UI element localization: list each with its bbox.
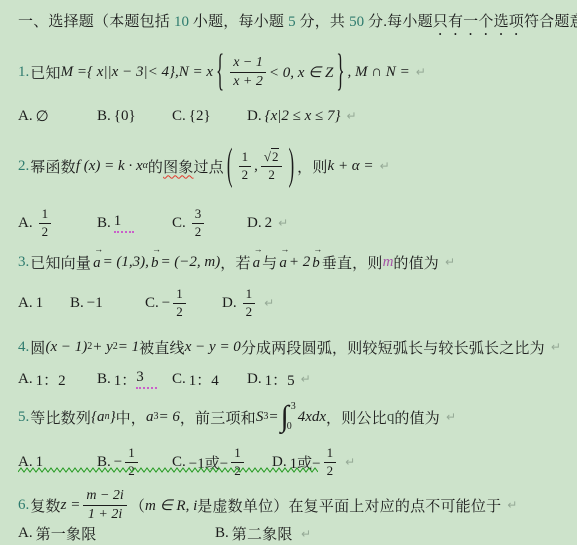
math-text: M = xyxy=(61,64,87,81)
option-a: A.12 xyxy=(18,198,54,248)
math-text: = (1,3), xyxy=(103,254,149,271)
option-value: 第一象限 xyxy=(36,523,97,544)
question-number: 1. xyxy=(18,64,29,81)
paragraph-mark: ↵ xyxy=(416,65,426,79)
question-5-stem: 5.等比数列{an}中， a3 = 6，前三项和 S3 =∫304xdx，则公比… xyxy=(18,397,575,437)
stem-text: 圆 xyxy=(30,337,45,358)
header-points-each: 5 xyxy=(288,14,296,30)
option-c: C.1：4 xyxy=(172,367,219,391)
stem-text: 已知向量 xyxy=(30,252,91,273)
option-value: 1 xyxy=(36,295,44,312)
header-text: 一、选择题（本题包括 xyxy=(18,14,174,30)
math-text: {a xyxy=(91,409,105,426)
vector-b: →b xyxy=(151,253,159,272)
stem-text: 等比数列 xyxy=(30,407,91,428)
stem-text: ，前三项和 xyxy=(180,407,256,428)
fraction: x − 1x + 2 xyxy=(230,54,266,90)
option-label: B. xyxy=(97,371,111,388)
vector-a: →a xyxy=(253,253,261,272)
vector-arrow-icon: → xyxy=(152,245,161,254)
option-label: A. xyxy=(18,108,33,125)
option-b: B.{0} xyxy=(97,104,136,128)
option-c: C.−1或−12 xyxy=(172,437,247,487)
vector-a: →a xyxy=(279,253,287,272)
question-number: 6. xyxy=(18,497,29,514)
option-a: A.∅ xyxy=(18,104,49,128)
option-d: D.12↵ xyxy=(222,280,274,326)
option-value: {x|2 ≤ x ≤ 7} xyxy=(265,108,341,125)
fraction: m − 2i1 + 2i xyxy=(83,487,126,523)
right-paren: ) xyxy=(288,139,294,191)
option-d: D.1：5↵ xyxy=(247,367,311,391)
paragraph-mark: ↵ xyxy=(551,340,561,354)
integral-upper-limit: 3 xyxy=(291,402,296,412)
header-emphasized-text: 只有一个选项 xyxy=(433,14,524,30)
option-c: C.−12 xyxy=(145,280,189,326)
math-text: (x − 1) xyxy=(45,339,87,356)
stem-text: （ xyxy=(130,495,145,516)
header-text: 分，共 xyxy=(296,14,350,30)
option-d: D.{x|2 ≤ x ≤ 7}↵ xyxy=(247,104,357,128)
stem-text: 垂直，则 xyxy=(322,252,383,273)
option-label: B. xyxy=(70,295,84,312)
math-text: S xyxy=(256,409,264,426)
option-label: A. xyxy=(18,525,33,542)
stem-text: ，则 xyxy=(297,156,327,177)
variable-q: q xyxy=(387,409,395,426)
fraction: 12 xyxy=(239,149,252,183)
option-label: C. xyxy=(172,108,186,125)
stem-text: 被直线 xyxy=(139,337,185,358)
stem-text: 的 xyxy=(148,156,163,177)
stem-text: 中， xyxy=(116,407,146,428)
fraction: 12 xyxy=(125,445,138,479)
question-number: 4. xyxy=(18,339,29,356)
option-label: A. xyxy=(18,215,33,232)
integral: ∫30 xyxy=(280,402,295,432)
stem-text: 幂函数 xyxy=(30,156,76,177)
paragraph-mark: ↵ xyxy=(446,410,456,424)
line-end: ↵ xyxy=(295,522,311,545)
paragraph-mark: ↵ xyxy=(380,159,390,173)
math-text: < 0, x ∈ Z xyxy=(269,63,333,82)
fraction: 32 xyxy=(192,206,205,240)
stem-text: 过点 xyxy=(193,156,223,177)
math-text: a xyxy=(146,409,154,426)
option-prefix: 1： xyxy=(114,369,137,390)
option-value: {2} xyxy=(189,108,211,125)
math-text: x − y = 0 xyxy=(185,339,241,356)
option-value: 1：4 xyxy=(189,369,219,390)
vector-arrow-icon: → xyxy=(254,245,263,254)
variable-m: m xyxy=(383,254,394,271)
option-value: ∅ xyxy=(36,107,49,126)
option-c: C.32 xyxy=(172,198,207,248)
math-text: = xyxy=(268,409,278,426)
header-question-count: 10 xyxy=(174,14,189,30)
option-label: D. xyxy=(247,371,262,388)
option-b: B.−12 xyxy=(97,437,141,487)
option-label: A. xyxy=(18,371,33,388)
paragraph-mark: ↵ xyxy=(507,498,517,512)
left-paren: ( xyxy=(227,139,233,191)
stem-text: 是虚数单位）在复平面上对应的点不可能位于 xyxy=(197,495,501,516)
vector-arrow-icon: → xyxy=(94,245,103,254)
vector-arrow-icon: → xyxy=(313,245,322,254)
question-6-stem: 6.复数z =m − 2i1 + 2i（m ∈ R, i 是虚数单位）在复平面上… xyxy=(18,484,575,526)
math-text: z = xyxy=(61,497,81,514)
math-text: = (−2, m) xyxy=(160,254,220,271)
paragraph-mark: ↵ xyxy=(345,455,355,469)
math-text: = 1 xyxy=(118,339,139,356)
option-b: B.第二象限 xyxy=(215,522,293,545)
fraction-with-radical: √22 xyxy=(261,149,283,183)
option-b: B.−1 xyxy=(70,280,103,326)
math-text: + 2 xyxy=(289,254,310,271)
fraction: 12 xyxy=(324,445,337,479)
math-text: { x||x − 3|< 4}, xyxy=(87,64,179,81)
grammar-wavy-underline xyxy=(18,467,318,473)
stem-text: 的值为 xyxy=(393,252,439,273)
question-4-options: A.1：2 B.1：3 C.1：4 D.1：5↵ xyxy=(18,367,575,391)
spellcheck-wavy-text: 图象 xyxy=(163,156,193,177)
option-value: 2 xyxy=(265,215,273,232)
stem-text: ，若 xyxy=(220,252,250,273)
option-c: C.{2} xyxy=(172,104,211,128)
option-value: 1：5 xyxy=(265,369,295,390)
option-d: D.2↵ xyxy=(247,198,288,248)
math-text: N = x xyxy=(179,64,213,81)
option-value: 第二象限 xyxy=(232,523,293,544)
document-page: 一、选择题（本题包括 10 小题，每小题 5 分，共 50 分.每小题只有一个选… xyxy=(0,0,577,545)
fraction: 12 xyxy=(231,445,244,479)
question-6-options: A.第一象限 B.第二象限 ↵ xyxy=(18,522,575,545)
radical-sign: √ xyxy=(264,149,271,164)
question-number: 2. xyxy=(18,158,29,175)
stem-text: 已知 xyxy=(30,62,60,83)
option-b: B.1 xyxy=(97,198,134,248)
math-text: m ∈ R, i xyxy=(145,496,197,515)
math-text: , M ∩ N = xyxy=(347,64,409,81)
option-value: 1：2 xyxy=(36,369,66,390)
fraction: 12 xyxy=(173,286,186,320)
option-value: {0} xyxy=(114,108,136,125)
question-number: 3. xyxy=(18,254,29,271)
answer-underlined: 1 xyxy=(114,213,135,233)
vector-arrow-icon: → xyxy=(280,245,289,254)
option-label: D. xyxy=(247,215,262,232)
option-a: A.第一象限 xyxy=(18,522,96,545)
option-b: B.1：3 xyxy=(97,367,157,391)
question-1-stem: 1.已知M = { x||x − 3|< 4}, N = x{x − 1x + … xyxy=(18,48,575,96)
option-label: B. xyxy=(97,215,111,232)
header-text: 分.每小题 xyxy=(364,14,433,30)
stem-text: 与 xyxy=(262,252,277,273)
option-label: A. xyxy=(18,295,33,312)
integral-lower-limit: 0 xyxy=(287,422,296,432)
option-label: B. xyxy=(215,525,229,542)
question-number: 5. xyxy=(18,409,29,426)
answer-underlined: 3 xyxy=(136,369,157,389)
math-text: f (x) = k · x xyxy=(76,158,143,175)
option-label: C. xyxy=(145,295,159,312)
paragraph-mark: ↵ xyxy=(301,372,311,386)
question-3-stem: 3.已知向量→a = (1,3), →b = (−2, m)，若 →a 与 →a… xyxy=(18,246,575,278)
left-brace: { xyxy=(216,45,224,97)
option-prefix: − xyxy=(162,295,170,312)
paragraph-mark: ↵ xyxy=(278,216,288,230)
option-d: D.1或−12↵ xyxy=(272,437,355,487)
paragraph-mark: ↵ xyxy=(445,255,455,269)
math-text: 4xdx xyxy=(298,409,326,426)
section-header: 一、选择题（本题包括 10 小题，每小题 5 分，共 50 分.每小题只有一个选… xyxy=(18,10,575,39)
header-text: 小题，每小题 xyxy=(189,14,288,30)
header-points-total: 50 xyxy=(349,14,364,30)
question-5-options: A.1 B.−12 C.−1或−12 D.1或−12↵ xyxy=(18,437,575,487)
question-3-options: A.1 B.−1 C.−12 D.12↵ xyxy=(18,280,575,326)
math-text: k + α = xyxy=(328,158,374,175)
option-a: A.1：2 xyxy=(18,367,66,391)
paragraph-mark: ↵ xyxy=(347,109,357,123)
option-label: D. xyxy=(222,295,237,312)
header-text: 符合题意） xyxy=(524,14,577,30)
option-label: D. xyxy=(247,108,262,125)
fraction: 12 xyxy=(243,286,256,320)
math-text: , xyxy=(254,158,258,175)
option-value: −1 xyxy=(87,295,103,312)
math-text: + y xyxy=(92,339,113,356)
option-label: C. xyxy=(172,215,186,232)
option-a: A.1 xyxy=(18,280,43,326)
question-2-stem: 2.幂函数f (x) = k · xα的图象过点(12,√22)，则 k + α… xyxy=(18,136,575,196)
fraction: 12 xyxy=(39,206,52,240)
paragraph-mark: ↵ xyxy=(264,296,274,310)
vector-a: →a xyxy=(93,253,101,272)
question-1-options: A.∅ B.{0} C.{2} D.{x|2 ≤ x ≤ 7}↵ xyxy=(18,104,575,128)
right-brace: } xyxy=(336,45,344,97)
stem-text: 的值为 xyxy=(394,407,440,428)
stem-text: 复数 xyxy=(30,495,60,516)
question-4-stem: 4.圆(x − 1)2 + y2 = 1被直线 x − y = 0 分成两段圆弧… xyxy=(18,330,575,364)
vector-b: →b xyxy=(312,253,320,272)
stem-text: ，则公比 xyxy=(326,407,387,428)
option-label: B. xyxy=(97,108,111,125)
option-label: C. xyxy=(172,371,186,388)
question-2-options: A.12 B.1 C.32 D.2↵ xyxy=(18,198,575,248)
stem-text: 分成两段圆弧，则较短弧长与较长弧长之比为 xyxy=(241,337,545,358)
math-text: = 6 xyxy=(158,409,179,426)
paragraph-mark: ↵ xyxy=(301,527,311,541)
option-a: A.1 xyxy=(18,437,43,487)
